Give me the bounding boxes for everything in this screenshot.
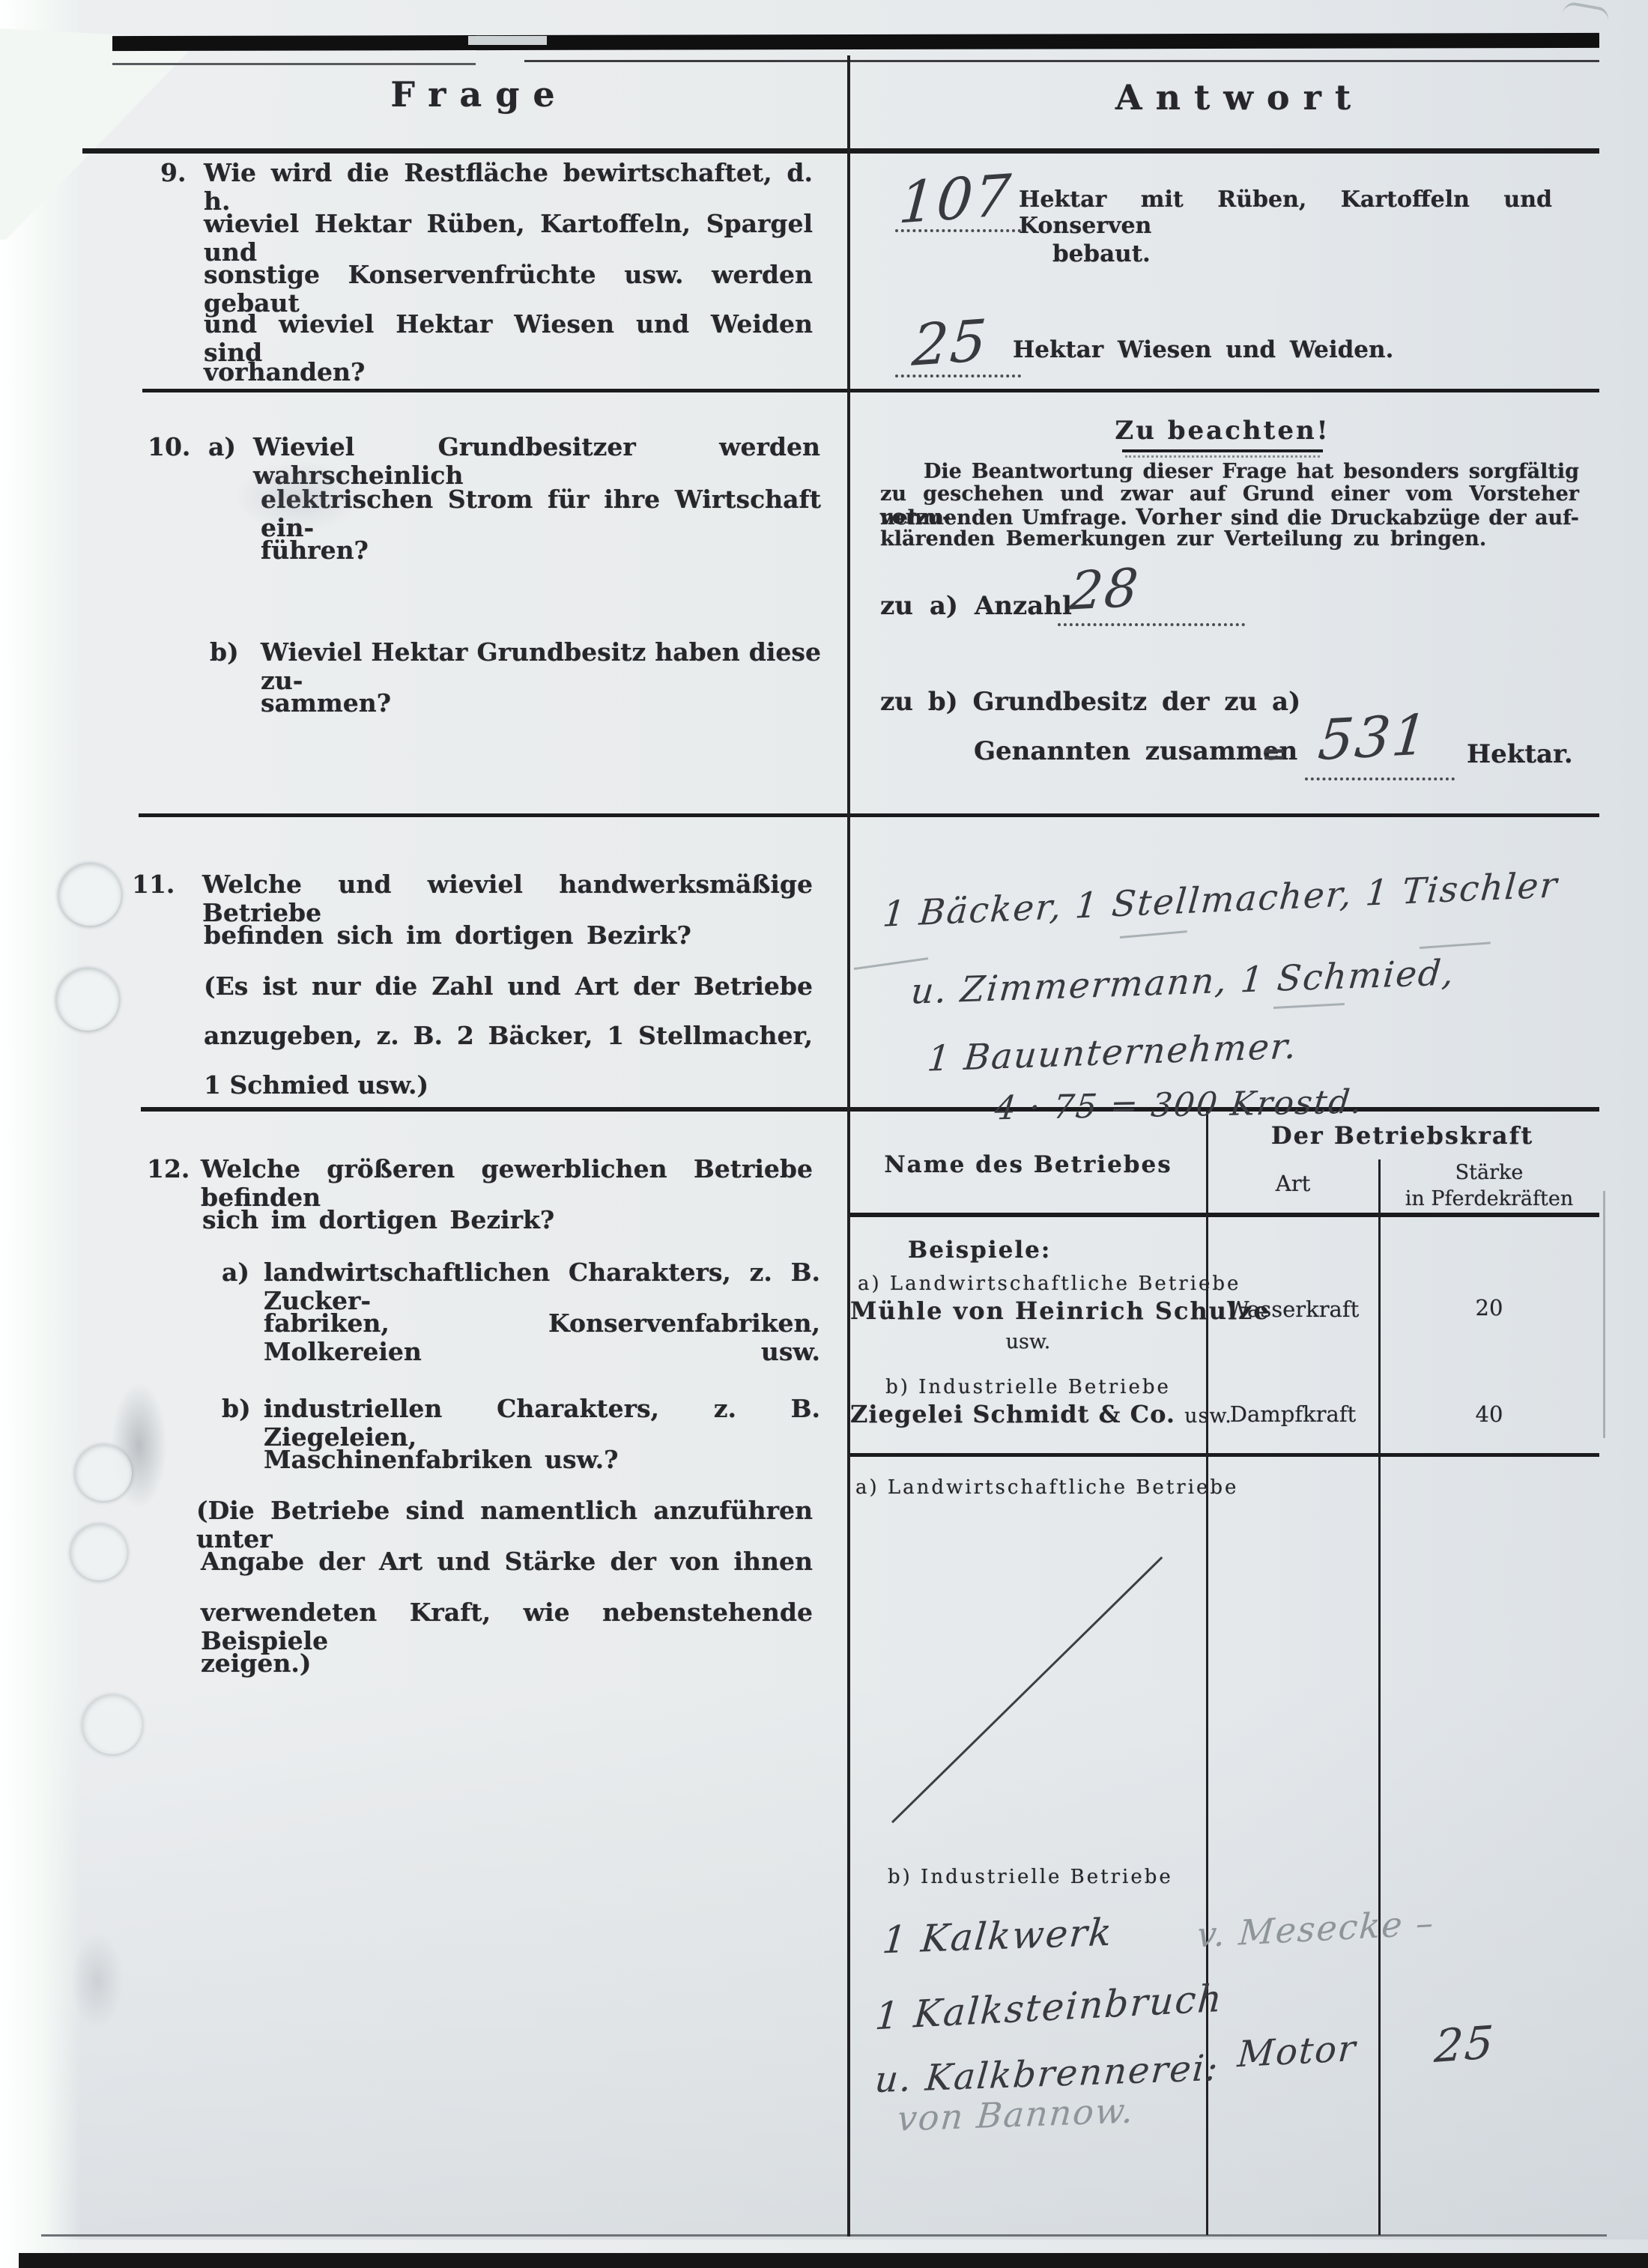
notice-line: Die Beantwortung dieser Frage hat besond… (880, 460, 1579, 483)
table-col-strength-header-2: in Pferdekräften (1381, 1187, 1598, 1210)
scan-smudge (236, 461, 363, 532)
answer-9-text: Hektar mit Rüben, Kartoffeln und Konserv… (1019, 187, 1552, 239)
notice-line-part: sind die Druckabzüge der auf- (1231, 506, 1579, 530)
question-10b-line: sammen? (261, 689, 391, 718)
table-example-b-category: b) Industrielle Betriebe (850, 1377, 1206, 1399)
question-9-line: vorhanden? (204, 358, 365, 386)
answer-9-meadows-text: Hektar Wiesen und Weiden. (1013, 337, 1393, 364)
question-11-line: 1 Schmied usw.) (204, 1071, 428, 1100)
question-11-line: anzugeben, z. B. 2 Bäcker, 1 Stellmacher… (204, 1022, 813, 1050)
question-12b-line: Maschinenfabriken usw.? (264, 1446, 619, 1474)
handwritten-entry-motor: Motor (1236, 2031, 1357, 2073)
answer-10b-label-2: Genannten zusammen (974, 737, 1297, 766)
notice-line: nehmenden Umfrage. Vorher sind die Druck… (880, 505, 1579, 530)
question-11-line: Welche und wieviel handwerksmäßige Betri… (202, 870, 813, 927)
table-example-a-strength: 20 (1381, 1296, 1598, 1321)
handwritten-owner-count: 28 (1067, 561, 1142, 617)
question-12-note-line: zeigen.) (201, 1649, 311, 1678)
top-thin-rule-left (112, 63, 476, 65)
question-11-line: befinden sich im dortigen Bezirk? (204, 921, 691, 950)
punch-hole (58, 863, 121, 926)
rule-below-q11 (141, 1107, 1599, 1112)
table-example-b-name-text: Ziegelei Schmidt & Co. (850, 1400, 1175, 1428)
dotted-answer-line (895, 229, 1021, 232)
question-10a-line: führen? (261, 536, 369, 565)
question-9-line: Wie wird die Restfläche bewirtschaftet, … (204, 159, 813, 216)
handwritten-entry-strength-25: 25 (1433, 2020, 1496, 2070)
answer-column-header: Antwort (1090, 78, 1390, 118)
table-example-b-strength: 40 (1381, 1402, 1598, 1427)
notice-line-part: nehmenden Umfrage. (880, 506, 1127, 530)
handwritten-calculation: 4 · 75 = 300 Krostd. (993, 1086, 1365, 1126)
table-group-header: Der Betriebskraft (1208, 1122, 1597, 1150)
table-examples-heading: Beispiele: (908, 1237, 1051, 1264)
answer-10b-unit: Hektar. (1467, 740, 1573, 769)
table-example-a-name: Mühle von Heinrich Schulze (850, 1297, 1206, 1325)
dotted-answer-line (1305, 777, 1455, 780)
table-header-rule (850, 1213, 1599, 1217)
question-12b-line: industriellen Charakters, z. B. Ziegelei… (264, 1395, 820, 1452)
table-section-a-heading: a) Landwirtschaftliche Betriebe (855, 1477, 1238, 1500)
scanner-edge-left (0, 0, 81, 2268)
notice-title-underline (1122, 449, 1323, 452)
question-12a-line: fabriken, Konservenfabriken, Molkereien … (264, 1309, 820, 1366)
page-top-edge-gap (468, 36, 547, 45)
question-12-line: sich im dortigen Bezirk? (202, 1206, 554, 1234)
answer-10a-label: zu a) Anzahl (880, 592, 1072, 621)
question-10-number: 10. (148, 433, 190, 461)
table-example-a-category: a) Landwirtschaftliche Betriebe (858, 1273, 1206, 1296)
dotted-answer-line (895, 375, 1021, 378)
table-col-art-header: Art (1208, 1171, 1378, 1196)
rule-below-q9 (142, 389, 1599, 392)
question-12-note-line: Angabe der Art und Stärke der von ihnen (201, 1547, 813, 1576)
equals-sign: = (1261, 737, 1287, 771)
table-example-a-art: Wasserkraft (1208, 1297, 1378, 1322)
notice-line-bold-word: Vorher (1136, 504, 1222, 530)
question-11-number: 11. (132, 870, 175, 899)
handwritten-total-hectares: 531 (1316, 707, 1432, 768)
question-12-note-line: verwendeten Kraft, wie nebenstehende Bei… (201, 1598, 813, 1655)
question-12-number: 12. (147, 1155, 190, 1183)
paper-right-edge-mark (1603, 1191, 1605, 1438)
question-12a-marker: a) (222, 1258, 249, 1287)
rule-below-q10 (139, 813, 1599, 817)
scan-shading (0, 1685, 1648, 2240)
question-10b-line: Wieviel Hektar Grundbesitz haben diese z… (261, 638, 821, 695)
answer-10b-label-1: zu b) Grundbesitz der zu a) (880, 688, 1300, 717)
handwritten-hectares-meadows: 25 (910, 312, 990, 375)
question-10a-marker: a) (208, 433, 236, 461)
top-thin-rule-right (524, 60, 1599, 62)
page-bottom-edge-bar (19, 2253, 1648, 2268)
page-top-edge-bar (112, 33, 1599, 51)
table-section-b-heading: b) Industrielle Betriebe (888, 1867, 1173, 1889)
punch-hole (75, 1444, 132, 1501)
column-divider (847, 55, 850, 2237)
table-col-name-header: Name des Betriebes (850, 1152, 1206, 1179)
notice-title-underline-2 (1125, 455, 1320, 458)
question-9-number: 9. (160, 159, 186, 187)
notice-title: Zu beachten! (1073, 416, 1372, 446)
answer-9-text-continued: bebaut. (1052, 241, 1151, 268)
question-12a-line: landwirtschaftlichen Charakters, z. B. Z… (264, 1258, 820, 1315)
handwritten-entry-kalkwerk: 1 Kalkwerk (881, 1914, 1115, 1959)
notice-line: klärenden Bemerkungen zur Verteilung zu … (880, 527, 1486, 551)
handwritten-hectares-crops: 107 (897, 166, 1014, 231)
table-example-b-name: Ziegelei Schmidt & Co. usw. (850, 1401, 1206, 1428)
table-example-b-art: Dampfkraft (1208, 1402, 1378, 1427)
table-example-a-suffix: usw. (850, 1330, 1206, 1353)
question-11-line: (Es ist nur die Zahl und Art der Betrieb… (204, 972, 813, 1001)
question-10b-marker: b) (210, 638, 239, 667)
dotted-answer-line (1058, 623, 1245, 626)
pencil-note-bannow: von Bannow. (896, 2093, 1136, 2135)
punch-hole (56, 968, 119, 1031)
table-col-strength-header: Stärke (1381, 1161, 1598, 1184)
table-divider-art-strength (1378, 1159, 1381, 2235)
table-examples-rule (850, 1453, 1599, 1457)
question-12b-marker: b) (222, 1395, 251, 1423)
scan-smudge (71, 1932, 124, 2030)
question-9-line: wieviel Hektar Rüben, Kartoffeln, Sparge… (204, 210, 813, 267)
question-column-header: Frage (330, 75, 629, 115)
scanned-questionnaire-page: Frage Antwort 9. Wie wird die Restfläche… (0, 0, 1648, 2268)
header-bottom-rule (82, 148, 1599, 154)
page-bottom-thin-rule (41, 2234, 1607, 2237)
question-12-line: Welche größeren gewerblichen Betriebe be… (201, 1155, 813, 1212)
punch-hole (82, 1694, 142, 1754)
punch-hole (70, 1523, 127, 1580)
question-12-note-line: (Die Betriebe sind namentlich anzuführen… (196, 1497, 813, 1553)
